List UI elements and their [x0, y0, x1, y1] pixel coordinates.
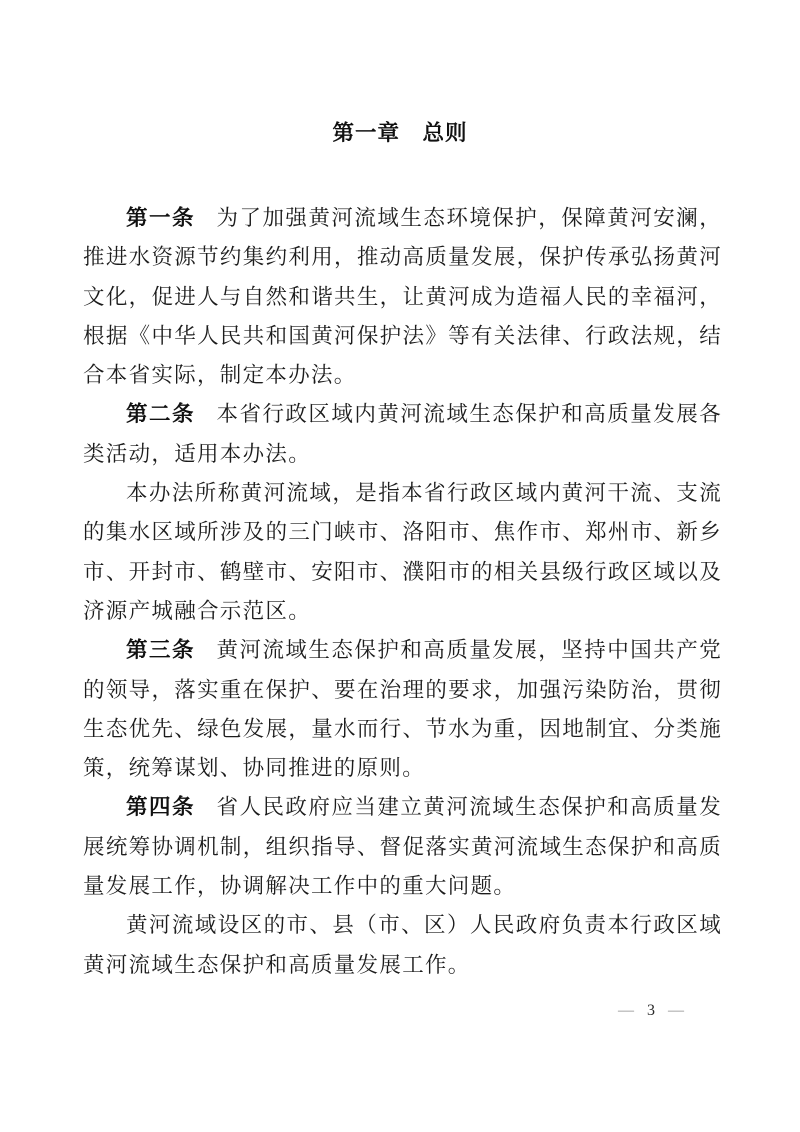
- paragraph-article-3: 第三条黄河流域生态保护和高质量发展，坚持中国共产党的领导，落实重在保护、要在治理…: [83, 631, 722, 788]
- paragraph-article-4-continuation: 黄河流域设区的市、县（市、区）人民政府负责本行政区域黄河流域生态保护和高质量发展…: [83, 906, 722, 985]
- article-4-continuation-text: 黄河流域设区的市、县（市、区）人民政府负责本行政区域黄河流域生态保护和高质量发展…: [83, 913, 722, 976]
- page-number-value: 3: [647, 1002, 655, 1020]
- page-number-dash-left: —: [618, 1002, 634, 1020]
- page-number: — 3 —: [618, 1002, 684, 1020]
- document-page: 第一章 总则 第一条为了加强黄河流域生态环境保护，保障黄河安澜，推进水资源节约集…: [0, 0, 800, 1132]
- page-number-dash-right: —: [668, 1002, 684, 1020]
- article-4-number: 第四条: [126, 795, 195, 819]
- chapter-title: 第一章 总则: [0, 122, 800, 144]
- paragraph-article-2: 第二条本省行政区域内黄河流域生态保护和高质量发展各类活动，适用本办法。: [83, 395, 722, 474]
- paragraph-article-4: 第四条省人民政府应当建立黄河流域生态保护和高质量发展统筹协调机制，组织指导、督促…: [83, 788, 722, 906]
- article-1-number: 第一条: [126, 206, 195, 230]
- article-1-text: 为了加强黄河流域生态环境保护，保障黄河安澜，推进水资源节约集约利用，推动高质量发…: [83, 206, 722, 387]
- document-body: 第一条为了加强黄河流域生态环境保护，保障黄河安澜，推进水资源节约集约利用，推动高…: [0, 199, 800, 985]
- article-2-number: 第二条: [126, 402, 195, 426]
- article-2-continuation-text: 本办法所称黄河流域，是指本省行政区域内黄河干流、支流的集水区域所涉及的三门峡市、…: [83, 481, 722, 623]
- article-3-number: 第三条: [126, 638, 195, 662]
- paragraph-article-2-continuation: 本办法所称黄河流域，是指本省行政区域内黄河干流、支流的集水区域所涉及的三门峡市、…: [83, 474, 722, 631]
- paragraph-article-1: 第一条为了加强黄河流域生态环境保护，保障黄河安澜，推进水资源节约集约利用，推动高…: [83, 199, 722, 395]
